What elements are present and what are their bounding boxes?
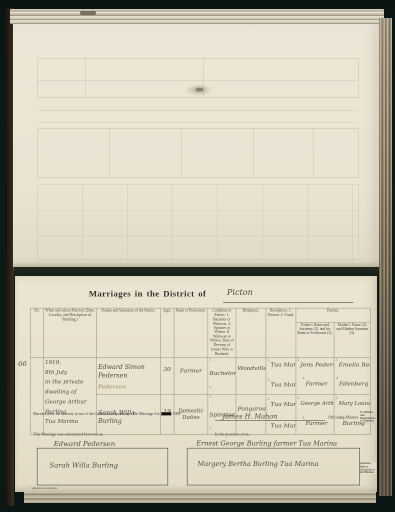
groom-age-cell: 30 bbox=[160, 357, 174, 394]
officiating-minister-label: , Officiating Minister. bbox=[326, 416, 359, 420]
showthrough-box-2 bbox=[37, 128, 359, 178]
when-married-cell: 1919, 8th July in the private dwelling o… bbox=[43, 357, 96, 434]
bride-father: George Arthur Burling bbox=[300, 400, 334, 406]
groom-name-cell: Edward Simon Pedersen Pedersen bbox=[97, 357, 161, 394]
showthrough-line bbox=[37, 122, 357, 123]
groom-condition: Bachelor bbox=[209, 370, 234, 378]
col-header-condition: Condition of Parties. 1. Bachelor or Wid… bbox=[208, 308, 236, 357]
bride-residence-usual: Tua Marina bbox=[270, 422, 295, 429]
scanned-register-photo: Marriages in the District of Picton 66 N… bbox=[0, 0, 395, 512]
col-header-residences: Residences. 1. Present. 2. Usual. bbox=[266, 308, 296, 357]
married-clause-text: Married, after the delivery to me of the… bbox=[33, 412, 160, 416]
showthrough-grid bbox=[37, 184, 359, 260]
showthrough-line bbox=[253, 128, 254, 176]
entry-number: 66 bbox=[18, 360, 27, 368]
title-underline bbox=[223, 302, 353, 303]
col-header-birthplace: Birthplace. bbox=[236, 308, 266, 357]
printed-mark: 1. bbox=[209, 358, 211, 361]
witness-signature-2: Margery Bertha Burling Tua Marina bbox=[198, 460, 319, 468]
party-signature-2: Sarah Willa Burling bbox=[49, 461, 118, 469]
ink-mark bbox=[196, 88, 203, 91]
groom-row: 1919, 8th July in the private dwelling o… bbox=[30, 357, 370, 394]
groom-father-rank: Farmer bbox=[305, 380, 327, 387]
page-stack-top-edge bbox=[10, 9, 384, 24]
when-line: dwelling of bbox=[45, 388, 95, 398]
bride-residence-present: Tua Marina bbox=[270, 401, 295, 408]
showthrough-line bbox=[313, 128, 314, 176]
col-header-no: No. bbox=[30, 308, 43, 357]
minister-signature-line bbox=[215, 420, 325, 421]
groom-father: Jens Pedersen bbox=[300, 361, 334, 368]
printed-mark: 2. bbox=[336, 396, 338, 399]
groom-residence-present: Tua Marina bbox=[270, 361, 295, 368]
col-header-father: Father's Name and Surname (2), and his R… bbox=[296, 322, 334, 357]
solemnized-label: This Marriage was solemnized between us, bbox=[33, 432, 103, 436]
showthrough-line bbox=[37, 80, 357, 81]
showthrough-line bbox=[181, 128, 182, 176]
page-edge-smudge bbox=[80, 11, 96, 15]
district-name: Picton bbox=[227, 288, 253, 297]
col-header-ages: Ages. bbox=[160, 308, 174, 357]
bride-birthplace: Pongaroa bbox=[238, 405, 265, 413]
groom-mother-maiden: Edenberg bbox=[339, 380, 368, 387]
bride-mother: Mary Louisa Burling bbox=[339, 400, 371, 406]
fore-edge-shading bbox=[379, 18, 392, 496]
col-header-parents: Parents. bbox=[296, 308, 370, 322]
showthrough-line bbox=[109, 128, 110, 176]
groom-age: 30 bbox=[162, 366, 173, 374]
bride-father-cell: 2.George Arthur Burling 3.Farmer bbox=[296, 394, 334, 434]
groom-mother: Emelia Rebecca bbox=[339, 361, 371, 368]
groom-residences-cell: 1.Tua Marina 2.Tua Marina bbox=[266, 357, 296, 394]
showthrough-line bbox=[85, 58, 86, 96]
when-line: 8th July bbox=[45, 368, 95, 378]
witness-signature-1: Ernest George Burling farmer Tua Marina bbox=[196, 440, 337, 448]
printed-mark: 1. bbox=[209, 395, 211, 398]
no-cell bbox=[30, 357, 43, 434]
parties-note: Signatures of the Parties. bbox=[31, 487, 69, 490]
page-stack-bottom-edge bbox=[24, 492, 376, 503]
groom-name: Edward Simon Pedersen bbox=[98, 363, 159, 379]
printed-mark: 2. bbox=[209, 386, 211, 389]
col-header-names: Names and Surnames of the Parties. bbox=[97, 308, 161, 357]
groom-rank: Farmer bbox=[176, 367, 207, 375]
minister-instruction-note: If a Minister, state Denomination; if a … bbox=[360, 411, 376, 424]
party-signature-1: Edward Pedersen bbox=[54, 440, 115, 448]
groom-residence-usual: Tua Marina bbox=[270, 381, 295, 388]
col-header-rank: Rank or Profession. bbox=[174, 308, 208, 357]
col-header-when: When and where Married. (Date, Locality,… bbox=[43, 308, 96, 357]
groom-name-note: Pedersen bbox=[98, 383, 159, 390]
page-title: Marriages in the District of bbox=[89, 290, 207, 300]
witness-instruction-note: Residence, Rank or Occupation of the Wit… bbox=[360, 462, 376, 474]
when-line: in the private bbox=[45, 378, 95, 388]
when-line: George Arthur bbox=[45, 398, 95, 408]
when-line: Tua Marina bbox=[45, 417, 95, 427]
presence-label: In the presence of us, bbox=[215, 432, 250, 436]
groom-condition-cell: 1. Bachelor 2. bbox=[208, 357, 236, 394]
register-form: Marriages in the District of Picton 66 N… bbox=[15, 276, 377, 492]
married-clause-year: 1908.” bbox=[173, 412, 183, 416]
groom-rank-cell: Farmer bbox=[174, 357, 208, 394]
married-clause: Married, after the delivery to me of the… bbox=[33, 411, 189, 417]
groom-father-cell: 2.Jens Pedersen 3.Farmer bbox=[296, 357, 334, 394]
col-header-mother: Mother's Name (2), and Maiden Surname (3… bbox=[334, 322, 370, 357]
when-line: 1919, bbox=[45, 358, 95, 368]
register-page: Marriages in the District of Picton 66 N… bbox=[15, 276, 377, 492]
blank-verso-page bbox=[13, 24, 379, 267]
groom-birthplace: Woodville bbox=[238, 365, 265, 373]
showthrough-line bbox=[37, 110, 357, 111]
redaction-bar bbox=[162, 412, 172, 415]
minister-signature: James H. Mahon bbox=[223, 413, 278, 421]
printed-mark: 2. bbox=[298, 396, 300, 399]
groom-birthplace-cell: Woodville bbox=[236, 357, 266, 394]
printed-mark: 2. bbox=[209, 427, 211, 430]
groom-mother-cell: 2.Emelia Rebecca 3.Edenberg bbox=[334, 357, 370, 394]
